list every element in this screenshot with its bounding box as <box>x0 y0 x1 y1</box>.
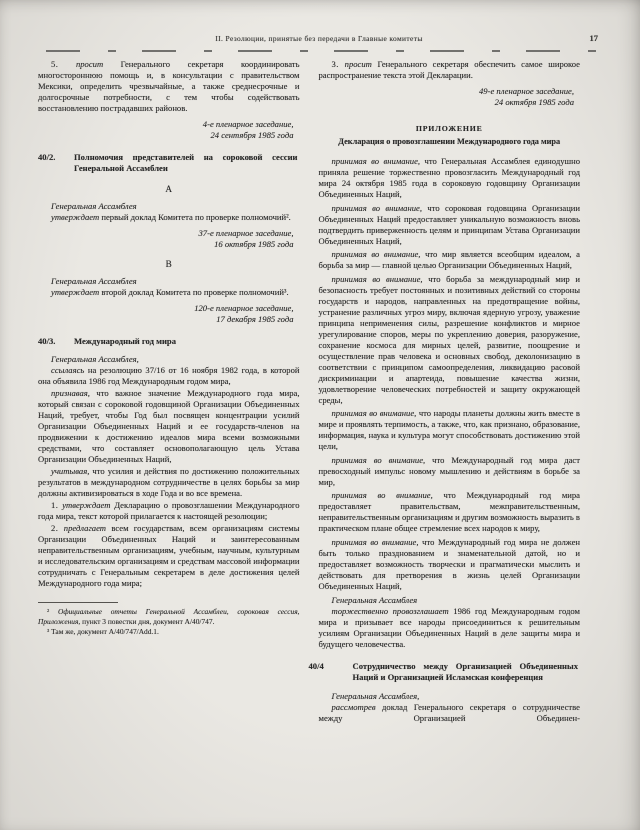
lead-word: признавая, <box>51 388 90 398</box>
two-column-body: 5. просит Генерального секретаря координ… <box>38 59 600 725</box>
lead-word: просит <box>76 59 103 69</box>
lead-phrase: принимая во внимание, <box>332 408 417 418</box>
lead-word: предлагает <box>64 523 106 533</box>
right-column: 3. просит Генерального секретаря обеспеч… <box>319 59 581 725</box>
lead-phrase: принимая во внимание, <box>332 156 421 166</box>
session-line: 37-е пленарное заседание, <box>38 228 294 239</box>
annex-clause-3: принимая во внимание, что мир является в… <box>319 249 581 271</box>
date-line: 16 октября 1985 года <box>38 239 294 250</box>
section-letter-b: В <box>38 259 300 270</box>
paragraph-text: что важное значение Международного года … <box>38 388 300 464</box>
lead-phrase: принимая во внимание, <box>332 490 433 500</box>
footnote-3: ³ Там же, документ А/40/747/Add.1. <box>38 627 300 637</box>
resolution-number: 40/3. <box>38 336 74 348</box>
paragraph-text: что борьба за международный мир и безопа… <box>319 274 581 405</box>
item-number: 2. <box>51 523 58 533</box>
lead-word: утверждает <box>51 287 99 297</box>
item-number: 1. <box>51 500 58 510</box>
lead-word: утверждает <box>51 212 99 222</box>
assembly-line: Генеральная Ассамблея <box>319 595 581 606</box>
paragraph-approve-first-report: утверждает первый доклад Комитета по про… <box>38 212 300 223</box>
resolution-heading-40-2: 40/2. Полномочия представителей на сорок… <box>38 152 300 175</box>
session-date: 120-е пленарное заседание, 17 декабря 19… <box>38 303 294 325</box>
session-line: 49-е пленарное заседание, <box>319 86 575 97</box>
date-line: 17 декабря 1985 года <box>38 314 294 325</box>
item-number: 5. <box>51 59 58 69</box>
assembly-line: Генеральная Ассамблея <box>38 201 300 212</box>
item-number: 3. <box>332 59 339 69</box>
session-date: 37-е пленарное заседание, 16 октября 198… <box>38 228 294 250</box>
left-column: 5. просит Генерального секретаря координ… <box>38 59 300 725</box>
lead-phrase: принимая во внимание, <box>332 537 419 547</box>
paragraph-text: первый доклад Комитета по проверке полно… <box>101 212 290 222</box>
annex-clause-4: принимая во внимание, что борьба за межд… <box>319 274 581 406</box>
footnote-marker: ³ <box>47 627 49 636</box>
paragraph-operative-2: 2. предлагает всем государствам, всем ор… <box>38 523 300 589</box>
lead-word: утверждает <box>62 500 110 510</box>
assembly-line: Генеральная Ассамблея, <box>319 691 581 702</box>
lead-word: рассмотрев <box>332 702 376 712</box>
lead-word: просит <box>345 59 372 69</box>
lead-word: учитывая, <box>51 466 89 476</box>
header-rule-scan-artifact <box>46 50 598 52</box>
resolution-title: Полномочия представителей на сороковой с… <box>74 152 300 175</box>
lead-phrase: торжественно провозглашает <box>332 606 449 616</box>
paragraph-having-considered: рассмотрев доклад Генерального секретаря… <box>319 702 581 724</box>
footnote-divider <box>38 602 118 603</box>
paragraph-item-5: 5. просит Генерального секретаря координ… <box>38 59 300 114</box>
scanned-document-page: II. Резолюции, принятые без передачи в Г… <box>0 0 640 830</box>
lead-phrase: принимая во внимание, <box>332 249 421 259</box>
footnote-2: ² Официальные отчеты Генеральной Ассамбл… <box>38 607 300 627</box>
lead-phrase: принимая во внимание, <box>332 455 426 465</box>
footnote-marker: ² <box>47 607 49 616</box>
paragraph-text: второй доклад Комитета по проверке полно… <box>101 287 288 297</box>
annex-clause-5: принимая во внимание, что народы планеты… <box>319 408 581 452</box>
lead-word: ссылаясь <box>51 365 84 375</box>
paragraph-item-3: 3. просит Генерального секретаря обеспеч… <box>319 59 581 81</box>
lead-phrase: принимая во внимание, <box>332 274 423 284</box>
lead-phrase: принимая во внимание, <box>332 203 423 213</box>
annex-clause-2: принимая во внимание, что сороковая годо… <box>319 203 581 247</box>
annex-heading: ПРИЛОЖЕНИЕ <box>319 123 581 134</box>
assembly-line: Генеральная Ассамблея, <box>38 354 300 365</box>
resolution-title: Сотрудничество между Организацией Объеди… <box>353 661 581 684</box>
page-number: 17 <box>590 33 599 43</box>
resolution-number: 40/2. <box>38 152 74 175</box>
page-header: II. Резолюции, принятые без передачи в Г… <box>38 34 600 43</box>
resolution-number: 40/4 <box>309 661 353 684</box>
section-letter-a: А <box>38 184 300 195</box>
date-line: 24 сентября 1985 года <box>38 130 294 141</box>
paragraph-recognizing: признавая, что важное значение Междунаро… <box>38 388 300 465</box>
session-date: 4-е пленарное заседание, 24 сентября 198… <box>38 119 294 141</box>
resolution-heading-40-3: 40/3. Международный год мира <box>38 336 300 348</box>
assembly-line: Генеральная Ассамблея <box>38 276 300 287</box>
paragraph-operative-1: 1. утверждает Декларацию о провозглашени… <box>38 500 300 522</box>
annex-clause-7: принимая во внимание, что Международный … <box>319 490 581 534</box>
session-date: 49-е пленарное заседание, 24 октября 198… <box>319 86 575 108</box>
annex-clause-8: принимая во внимание, что Международный … <box>319 537 581 592</box>
paragraph-approve-second-report: утверждает второй доклад Комитета по про… <box>38 287 300 298</box>
resolution-heading-40-4: 40/4 Сотрудничество между Организацией О… <box>319 661 581 684</box>
resolution-title: Международный год мира <box>74 336 300 348</box>
date-line: 24 октября 1985 года <box>319 97 575 108</box>
annex-subtitle: Декларация о провозглашении Международно… <box>319 137 581 148</box>
session-line: 120-е пленарное заседание, <box>38 303 294 314</box>
session-line: 4-е пленарное заседание, <box>38 119 294 130</box>
annex-clause-1: принимая во внимание, что Генеральная Ас… <box>319 156 581 200</box>
footnote-text: пункт 3 повестки дня, документ А/40/747. <box>82 617 214 626</box>
paragraph-proclaims: торжественно провозглашает 1986 год Межд… <box>319 606 581 650</box>
annex-clause-6: принимая во внимание, что Международный … <box>319 455 581 488</box>
footnote-text: Там же, документ А/40/747/Add.1. <box>51 627 159 636</box>
running-head: II. Резолюции, принятые без передачи в Г… <box>215 34 422 43</box>
paragraph-recalling: ссылаясь на резолюцию 37/16 от 16 ноября… <box>38 365 300 387</box>
paragraph-considering: учитывая, что усилия и действия по дости… <box>38 466 300 499</box>
